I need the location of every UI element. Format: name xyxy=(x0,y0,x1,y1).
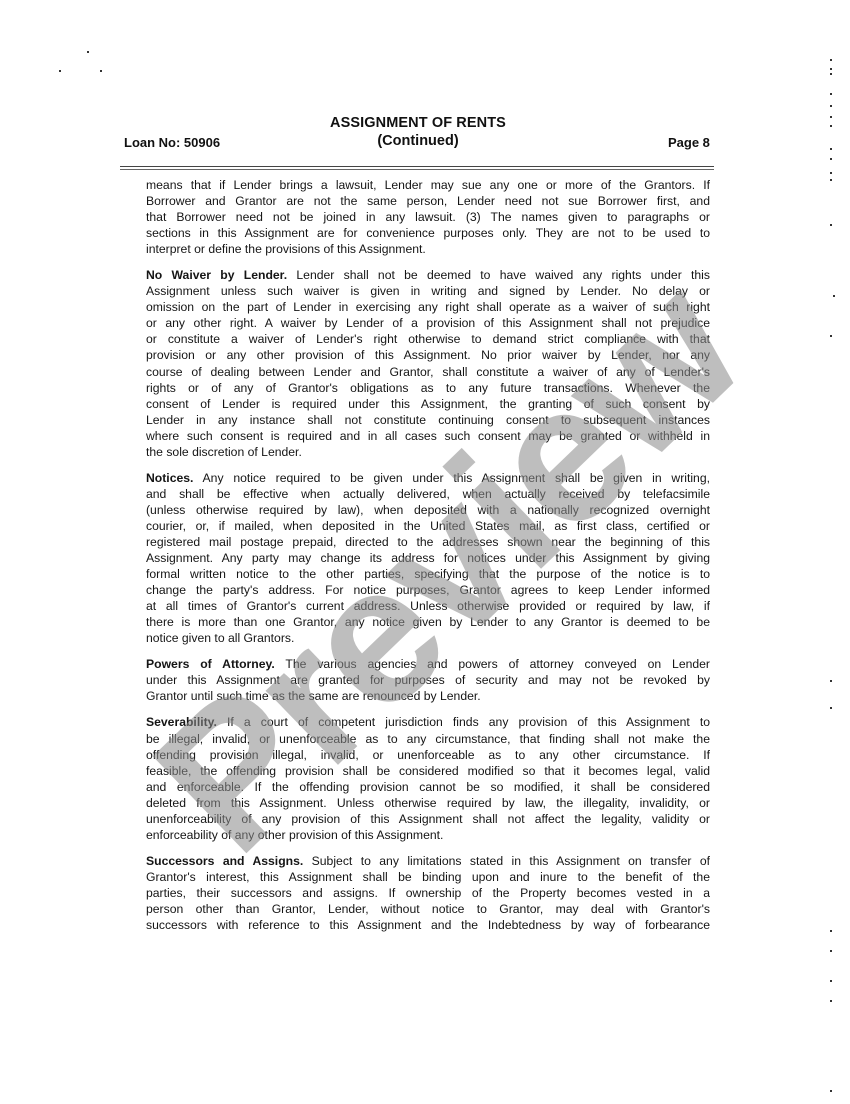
text-line: No Waiver by Lender. Lender shall not be… xyxy=(146,267,710,283)
text-line: unenforceability of any provision of thi… xyxy=(146,811,710,827)
text-run: If a court of competent jurisdiction fin… xyxy=(217,715,710,729)
paragraph-severability: Severability. If a court of competent ju… xyxy=(146,714,710,842)
text-line: interpret or define the provisions of th… xyxy=(146,241,710,257)
scan-speck xyxy=(830,116,832,118)
text-line: at all times of Grantor's current addres… xyxy=(146,598,710,614)
scan-speck xyxy=(830,680,832,682)
text-line: that Borrower need not be joined in any … xyxy=(146,209,710,225)
loan-number: Loan No: 50906 xyxy=(124,135,220,150)
text-line: Lender in any instance shall not constit… xyxy=(146,412,710,428)
scan-speck xyxy=(830,125,832,127)
text-line: deleted from this Assignment. Unless oth… xyxy=(146,795,710,811)
text-line: parties, their successors and assigns. I… xyxy=(146,885,710,901)
text-line: consent of Lender is required under this… xyxy=(146,396,710,412)
text-line: omission on the part of Lender in exerci… xyxy=(146,299,710,315)
section-heading: Successors and Assigns. xyxy=(146,854,303,868)
text-line: Successors and Assigns. Subject to any l… xyxy=(146,853,710,869)
text-line: change the party's address. For notice p… xyxy=(146,582,710,598)
text-line: rights or of any of Grantor's obligation… xyxy=(146,380,710,396)
scan-speck xyxy=(830,980,832,982)
text-line: Grantor's interest, this Assignment shal… xyxy=(146,869,710,885)
scan-speck xyxy=(830,73,832,75)
scan-speck xyxy=(830,930,832,932)
text-line: provision or any other provision of this… xyxy=(146,347,710,363)
scan-speck xyxy=(830,93,832,95)
page-number: Page 8 xyxy=(668,135,710,150)
section-heading: Powers of Attorney. xyxy=(146,657,275,671)
text-line: Assignment. Any party may change its add… xyxy=(146,550,710,566)
text-line: notice given to all Grantors. xyxy=(146,630,710,646)
text-line: formal written notice to the other parti… xyxy=(146,566,710,582)
text-line: Notices. Any notice required to be given… xyxy=(146,470,710,486)
text-line: registered mail postage prepaid, directe… xyxy=(146,534,710,550)
text-line: courier, or, if mailed, when deposited i… xyxy=(146,518,710,534)
paragraph-powers-of-attorney: Powers of Attorney. The various agencies… xyxy=(146,656,710,704)
text-run: Lender shall not be deemed to have waive… xyxy=(287,268,710,282)
text-line: means that if Lender brings a lawsuit, L… xyxy=(146,177,710,193)
scan-speck xyxy=(830,335,832,337)
text-line: (unless otherwise required by law), when… xyxy=(146,502,710,518)
paragraph-continuation: means that if Lender brings a lawsuit, L… xyxy=(146,177,710,257)
text-line: sections in this Assignment are for conv… xyxy=(146,225,710,241)
text-line: be illegal, invalid, or unenforceable as… xyxy=(146,731,710,747)
scan-speck xyxy=(830,172,832,174)
document-page: ASSIGNMENT OF RENTS (Continued) Loan No:… xyxy=(0,0,850,1104)
text-line: where such consent is required and in al… xyxy=(146,428,710,444)
text-line: under this Assignment are granted for pu… xyxy=(146,672,710,688)
scan-speck xyxy=(830,950,832,952)
scan-speck xyxy=(830,707,832,709)
scan-speck xyxy=(830,105,832,107)
text-run: The various agencies and powers of attor… xyxy=(275,657,710,671)
header-rule-bottom xyxy=(120,169,714,170)
paragraph-notices: Notices. Any notice required to be given… xyxy=(146,470,710,647)
text-line: or constitute a waiver of Lender's right… xyxy=(146,331,710,347)
section-heading: Notices. xyxy=(146,471,193,485)
text-line: Assignment unless such waiver is given i… xyxy=(146,283,710,299)
scan-speck xyxy=(59,70,61,72)
scan-speck xyxy=(830,224,832,226)
text-run: Any notice required to be given under th… xyxy=(193,471,710,485)
section-heading: Severability. xyxy=(146,715,217,729)
document-title: ASSIGNMENT OF RENTS xyxy=(0,115,836,131)
scan-speck xyxy=(833,295,835,297)
text-line: feasible, the offending provision shall … xyxy=(146,763,710,779)
scan-speck xyxy=(830,68,832,70)
scan-speck xyxy=(830,1090,832,1092)
text-line: person other than Grantor, Lender, witho… xyxy=(146,901,710,917)
scan-speck xyxy=(830,148,832,150)
text-line: Severability. If a court of competent ju… xyxy=(146,714,710,730)
scan-speck xyxy=(830,179,832,181)
text-line: course of dealing between Lender and Gra… xyxy=(146,364,710,380)
text-line: and shall be effective when actually del… xyxy=(146,486,710,502)
text-line: offending provision illegal, invalid, or… xyxy=(146,747,710,763)
text-line: the sole discretion of Lender. xyxy=(146,444,710,460)
text-line: Borrower and Grantor are not the same pe… xyxy=(146,193,710,209)
text-line: Grantor until such time as the same are … xyxy=(146,688,710,704)
scan-speck xyxy=(830,158,832,160)
text-line: successors with reference to this Assign… xyxy=(146,917,710,933)
text-line: there is more than one Grantor, any noti… xyxy=(146,614,710,630)
paragraph-successors-and-assigns: Successors and Assigns. Subject to any l… xyxy=(146,853,710,933)
section-heading: No Waiver by Lender. xyxy=(146,268,287,282)
text-line: or any other right. A waiver by Lender o… xyxy=(146,315,710,331)
header-rule-top xyxy=(120,166,714,167)
scan-speck xyxy=(87,51,89,53)
scan-speck xyxy=(100,70,102,72)
scan-speck xyxy=(830,59,832,61)
text-line: Powers of Attorney. The various agencies… xyxy=(146,656,710,672)
paragraph-no-waiver: No Waiver by Lender. Lender shall not be… xyxy=(146,267,710,460)
text-line: and enforceable. If the offending provis… xyxy=(146,779,710,795)
scan-speck xyxy=(830,1000,832,1002)
text-line: enforceability of any other provision of… xyxy=(146,827,710,843)
document-body: means that if Lender brings a lawsuit, L… xyxy=(146,177,710,943)
text-run: Subject to any limitations stated in thi… xyxy=(303,854,710,868)
